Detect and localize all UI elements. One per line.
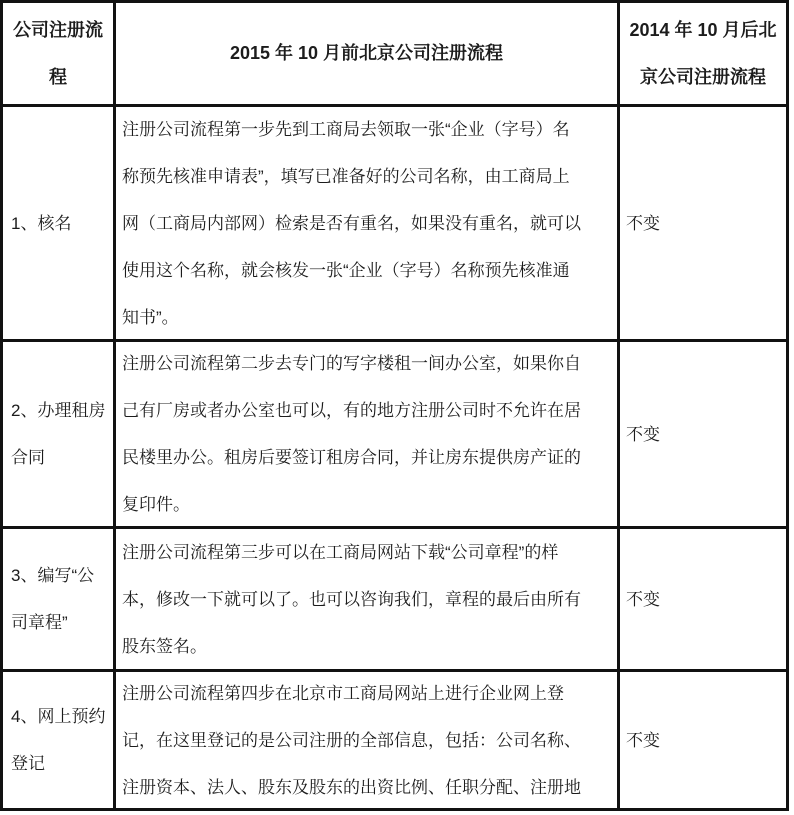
table-row-rental-contract: 2、办理租房 合同 注册公司流程第二步去专门的写字楼租一间办公室，如果你自 己有… (3, 339, 786, 526)
process-description-cell: 注册公司流程第二步去专门的写字楼租一间办公室，如果你自 己有厂房或者办公室也可以… (113, 342, 617, 526)
table-row-online-registration: 4、网上预约 登记 注册公司流程第四步在北京市工商局网站上进行企业网上登 记，在… (3, 669, 786, 808)
status-cell: 不变 (617, 529, 786, 669)
company-registration-table: 公司注册流 程 2015 年 10 月前北京公司注册流程 2014 年 10 月… (0, 0, 789, 811)
header-cell-before-2015-column: 2015 年 10 月前北京公司注册流程 (113, 3, 617, 104)
process-description-cell: 注册公司流程第一步先到工商局去领取一张“企业（字号）名 称预先核准申请表”，填写… (113, 107, 617, 339)
step-name-cell: 1、核名 (3, 107, 113, 339)
step-name-cell: 4、网上预约 登记 (3, 672, 113, 808)
step-name-cell: 2、办理租房 合同 (3, 342, 113, 526)
status-cell: 不变 (617, 342, 786, 526)
process-description-cell: 注册公司流程第三步可以在工商局网站下载“公司章程”的样 本，修改一下就可以了。也… (113, 529, 617, 669)
table-row-check-name: 1、核名 注册公司流程第一步先到工商局去领取一张“企业（字号）名 称预先核准申请… (3, 104, 786, 339)
step-name-cell: 3、编写“公 司章程” (3, 529, 113, 669)
status-cell: 不变 (617, 672, 786, 808)
status-cell: 不变 (617, 107, 786, 339)
process-description-cell: 注册公司流程第四步在北京市工商局网站上进行企业网上登 记，在这里登记的是公司注册… (113, 672, 617, 808)
table-header-row: 公司注册流 程 2015 年 10 月前北京公司注册流程 2014 年 10 月… (3, 3, 786, 104)
header-cell-step-column: 公司注册流 程 (3, 3, 113, 104)
header-cell-after-2014-column: 2014 年 10 月后北 京公司注册流程 (617, 3, 786, 104)
table-row-articles-of-association: 3、编写“公 司章程” 注册公司流程第三步可以在工商局网站下载“公司章程”的样 … (3, 526, 786, 669)
